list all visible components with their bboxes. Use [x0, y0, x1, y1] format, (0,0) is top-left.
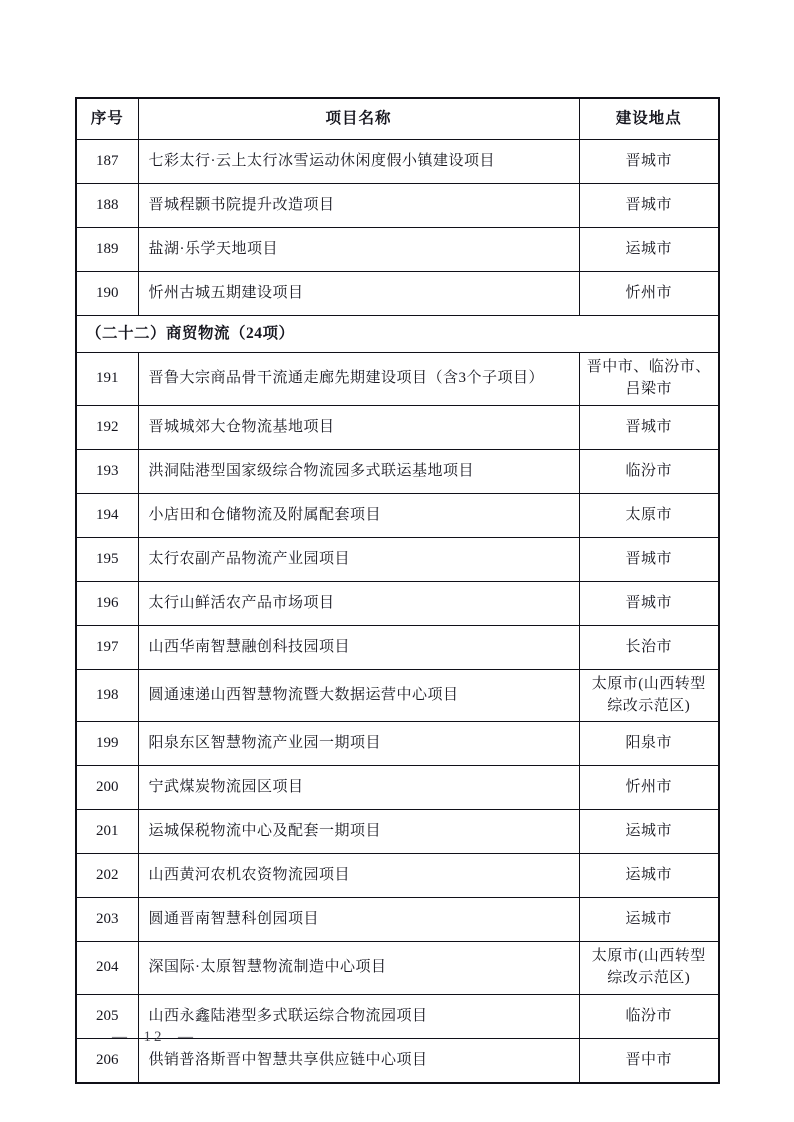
- cell-project-name: 山西华南智慧融创科技园项目: [138, 625, 579, 669]
- document-page: 序号 项目名称 建设地点 187七彩太行·云上太行冰雪运动休闲度假小镇建设项目晋…: [0, 0, 794, 1122]
- cell-location: 长治市: [579, 625, 719, 669]
- table-row: 201运城保税物流中心及配套一期项目运城市: [76, 810, 719, 854]
- header-location: 建设地点: [579, 98, 719, 140]
- cell-project-name: 山西永鑫陆港型多式联运综合物流园项目: [138, 994, 579, 1038]
- cell-project-name: 供销普洛斯晋中智慧共享供应链中心项目: [138, 1038, 579, 1083]
- cell-serial-number: 192: [76, 405, 138, 449]
- cell-location: 运城市: [579, 810, 719, 854]
- table-row: 191晋鲁大宗商品骨干流通走廊先期建设项目（含3个子项目）晋中市、临汾市、吕梁市: [76, 353, 719, 406]
- cell-serial-number: 195: [76, 537, 138, 581]
- table-row: 196太行山鲜活农产品市场项目晋城市: [76, 581, 719, 625]
- cell-project-name: 阳泉东区智慧物流产业园一期项目: [138, 722, 579, 766]
- cell-project-name: 深国际·太原智慧物流制造中心项目: [138, 942, 579, 995]
- table-row: 188晋城程颢书院提升改造项目晋城市: [76, 184, 719, 228]
- cell-project-name: 洪洞陆港型国家级综合物流园多式联运基地项目: [138, 449, 579, 493]
- cell-location: 临汾市: [579, 449, 719, 493]
- table-header: 序号 项目名称 建设地点: [76, 98, 719, 140]
- cell-project-name: 宁武煤炭物流园区项目: [138, 766, 579, 810]
- cell-serial-number: 199: [76, 722, 138, 766]
- cell-location: 晋中市: [579, 1038, 719, 1083]
- table-row: 197山西华南智慧融创科技园项目长治市: [76, 625, 719, 669]
- cell-serial-number: 198: [76, 669, 138, 722]
- cell-location: 晋城市: [579, 581, 719, 625]
- project-table: 序号 项目名称 建设地点 187七彩太行·云上太行冰雪运动休闲度假小镇建设项目晋…: [75, 97, 720, 1084]
- table-row: 198圆通速递山西智慧物流暨大数据运营中心项目太原市(山西转型综改示范区): [76, 669, 719, 722]
- table-row: 203圆通晋南智慧科创园项目运城市: [76, 898, 719, 942]
- cell-project-name: 盐湖·乐学天地项目: [138, 228, 579, 272]
- cell-serial-number: 187: [76, 140, 138, 184]
- cell-project-name: 山西黄河农机农资物流园项目: [138, 854, 579, 898]
- cell-project-name: 晋城程颢书院提升改造项目: [138, 184, 579, 228]
- cell-project-name: 七彩太行·云上太行冰雪运动休闲度假小镇建设项目: [138, 140, 579, 184]
- cell-location: 运城市: [579, 854, 719, 898]
- cell-location: 忻州市: [579, 272, 719, 316]
- table-row: 194小店田和仓储物流及附属配套项目太原市: [76, 493, 719, 537]
- cell-serial-number: 201: [76, 810, 138, 854]
- table-row: 199阳泉东区智慧物流产业园一期项目阳泉市: [76, 722, 719, 766]
- table-row: 193洪洞陆港型国家级综合物流园多式联运基地项目临汾市: [76, 449, 719, 493]
- cell-serial-number: 190: [76, 272, 138, 316]
- cell-location: 阳泉市: [579, 722, 719, 766]
- header-no: 序号: [76, 98, 138, 140]
- cell-project-name: 小店田和仓储物流及附属配套项目: [138, 493, 579, 537]
- cell-project-name: 圆通晋南智慧科创园项目: [138, 898, 579, 942]
- cell-serial-number: 197: [76, 625, 138, 669]
- page-number: — 12 —: [112, 1029, 196, 1046]
- cell-serial-number: 193: [76, 449, 138, 493]
- cell-project-name: 太行农副产品物流产业园项目: [138, 537, 579, 581]
- cell-serial-number: 189: [76, 228, 138, 272]
- header-row: 序号 项目名称 建设地点: [76, 98, 719, 140]
- table-row: 195太行农副产品物流产业园项目晋城市: [76, 537, 719, 581]
- table-row: 187七彩太行·云上太行冰雪运动休闲度假小镇建设项目晋城市: [76, 140, 719, 184]
- cell-location: 运城市: [579, 898, 719, 942]
- cell-project-name: 运城保税物流中心及配套一期项目: [138, 810, 579, 854]
- cell-location: 太原市(山西转型综改示范区): [579, 942, 719, 995]
- cell-serial-number: 204: [76, 942, 138, 995]
- table-body: 187七彩太行·云上太行冰雪运动休闲度假小镇建设项目晋城市188晋城程颢书院提升…: [76, 140, 719, 1083]
- cell-serial-number: 202: [76, 854, 138, 898]
- table-row: 189盐湖·乐学天地项目运城市: [76, 228, 719, 272]
- cell-project-name: 晋鲁大宗商品骨干流通走廊先期建设项目（含3个子项目）: [138, 353, 579, 406]
- cell-serial-number: 194: [76, 493, 138, 537]
- cell-location: 晋城市: [579, 184, 719, 228]
- table-row: 190忻州古城五期建设项目忻州市: [76, 272, 719, 316]
- cell-serial-number: 200: [76, 766, 138, 810]
- section-title: （二十二）商贸物流（24项）: [76, 316, 719, 353]
- cell-serial-number: 188: [76, 184, 138, 228]
- cell-location: 太原市(山西转型综改示范区): [579, 669, 719, 722]
- cell-location: 运城市: [579, 228, 719, 272]
- table-row: 204深国际·太原智慧物流制造中心项目太原市(山西转型综改示范区): [76, 942, 719, 995]
- cell-project-name: 太行山鲜活农产品市场项目: [138, 581, 579, 625]
- cell-serial-number: 196: [76, 581, 138, 625]
- table-row: 202山西黄河农机农资物流园项目运城市: [76, 854, 719, 898]
- cell-serial-number: 203: [76, 898, 138, 942]
- table-row: 192晋城城郊大仓物流基地项目晋城市: [76, 405, 719, 449]
- cell-serial-number: 191: [76, 353, 138, 406]
- cell-location: 临汾市: [579, 994, 719, 1038]
- cell-project-name: 圆通速递山西智慧物流暨大数据运营中心项目: [138, 669, 579, 722]
- cell-location: 晋城市: [579, 405, 719, 449]
- cell-location: 晋城市: [579, 140, 719, 184]
- cell-location: 太原市: [579, 493, 719, 537]
- cell-project-name: 忻州古城五期建设项目: [138, 272, 579, 316]
- cell-location: 晋中市、临汾市、吕梁市: [579, 353, 719, 406]
- table-row: 200宁武煤炭物流园区项目忻州市: [76, 766, 719, 810]
- cell-location: 晋城市: [579, 537, 719, 581]
- cell-project-name: 晋城城郊大仓物流基地项目: [138, 405, 579, 449]
- cell-location: 忻州市: [579, 766, 719, 810]
- header-project-name: 项目名称: [138, 98, 579, 140]
- section-row: （二十二）商贸物流（24项）: [76, 316, 719, 353]
